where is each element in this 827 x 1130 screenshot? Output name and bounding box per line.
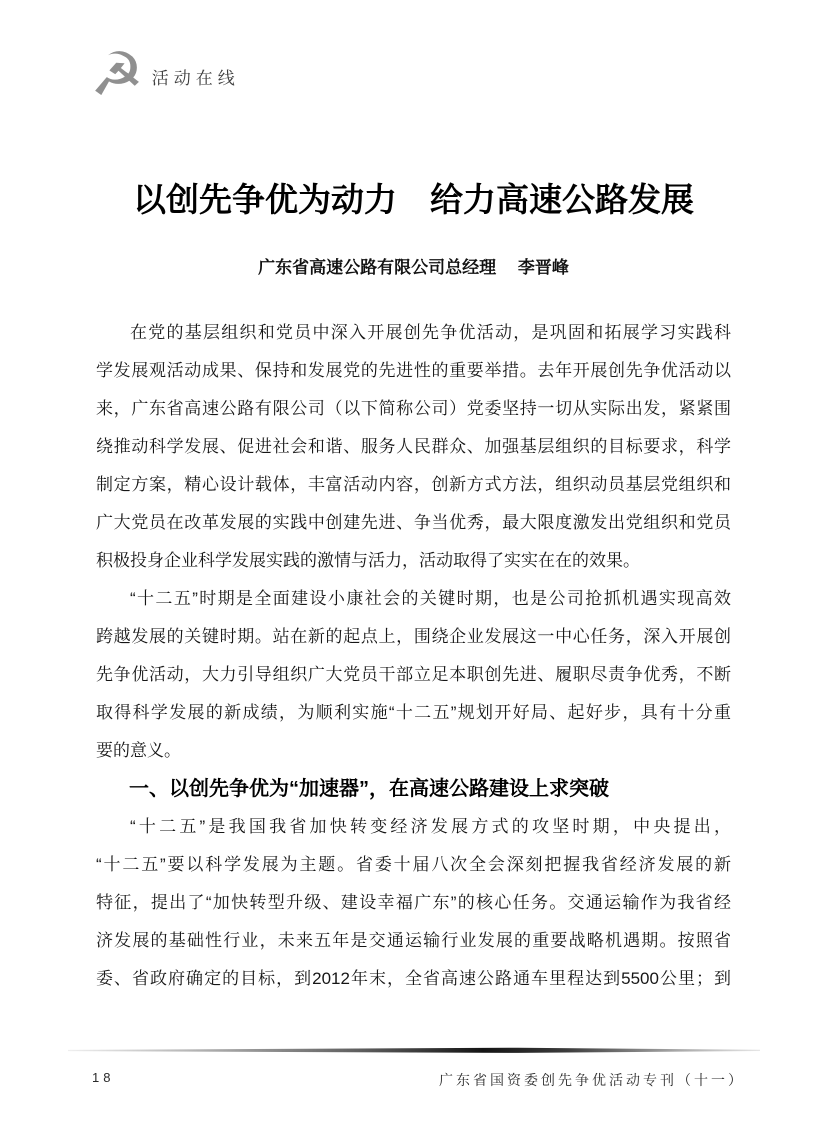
article-byline: 广东省高速公路有限公司总经理 李晋峰: [96, 253, 731, 278]
article-body: 在党的基层组织和党员中深入开展创先争优活动，是巩固和拓展学习实践科 学发展观活动…: [96, 314, 731, 998]
text-line: 跨越发展的关键时期。站在新的起点上，围绕企业发展这一中心任务，深入开展创: [96, 618, 731, 656]
journal-title: 广东省国资委创先争优活动专刊（十一）: [439, 1070, 745, 1090]
paragraph-1: 在党的基层组织和党员中深入开展创先争优活动，是巩固和拓展学习实践科 学发展观活动…: [96, 314, 731, 580]
paragraph-2: “十二五”时期是全面建设小康社会的关键时期，也是公司抢抓机遇实现高效 跨越发展的…: [96, 580, 731, 770]
footer-rule: [68, 1047, 760, 1054]
page-header: ☭ 活动在线: [90, 42, 240, 108]
text-line: “十二五”是我国我省加快转变经济发展方式的攻坚时期，中央提出，: [96, 808, 731, 846]
text-line: “十二五”时期是全面建设小康社会的关键时期，也是公司抢抓机遇实现高效: [96, 580, 731, 618]
text-line: 绕推动科学发展、促进社会和谐、服务人民群众、加强基层组织的目标要求，科学: [96, 428, 731, 466]
column-label: 活动在线: [152, 62, 240, 89]
text-line: 广大党员在改革发展的实践中创建先进、争当优秀，最大限度激发出党组织和党员: [96, 504, 731, 542]
document-screenshot: { "header": { "emblem_glyph": "☭", "embl…: [0, 0, 827, 1130]
text-line: 来，广东省高速公路有限公司（以下简称公司）党委坚持一切从实际出发，紧紧围: [96, 390, 731, 428]
page-number: 18: [92, 1070, 114, 1085]
text-line: 特征，提出了“加快转型升级、建设幸福广东”的核心任务。交通运输作为我省经: [96, 884, 731, 922]
document-page: ☭ 活动在线 以创先争优为动力 给力高速公路发展 广东省高速公路有限公司总经理 …: [0, 0, 827, 1130]
text-line: 积极投身企业科学发展实践的激情与活力，活动取得了实实在在的效果。: [96, 542, 731, 580]
text-line: 先争优活动，大力引导组织广大党员干部立足本职创先进、履职尽责争优秀，不断: [96, 656, 731, 694]
text-line: “十二五”要以科学发展为主题。省委十届八次全会深刻把握我省经济发展的新: [96, 846, 731, 884]
text-line: 济发展的基础性行业，未来五年是交通运输行业发展的重要战略机遇期。按照省: [96, 922, 731, 960]
section-heading: 一、以创先争优为“加速器”，在高速公路建设上求突破: [96, 770, 731, 808]
article-title: 以创先争优为动力 给力高速公路发展: [96, 176, 731, 224]
text-line: 要的意义。: [96, 732, 731, 770]
party-emblem-icon: ☭: [90, 45, 144, 105]
paragraph-3: “十二五”是我国我省加快转变经济发展方式的攻坚时期，中央提出， “十二五”要以科…: [96, 808, 731, 998]
text-line: 学发展观活动成果、保持和发展党的先进性的重要举措。去年开展创先争优活动以: [96, 352, 731, 390]
text-line: 制定方案，精心设计载体，丰富活动内容，创新方式方法，组织动员基层党组织和: [96, 466, 731, 504]
text-line: 取得科学发展的新成绩，为顺利实施“十二五”规划开好局、起好步，具有十分重: [96, 694, 731, 732]
text-line: 委、省政府确定的目标，到2012年末，全省高速公路通车里程达到5500公里；到: [96, 960, 731, 998]
text-line: 在党的基层组织和党员中深入开展创先争优活动，是巩固和拓展学习实践科: [96, 314, 731, 352]
